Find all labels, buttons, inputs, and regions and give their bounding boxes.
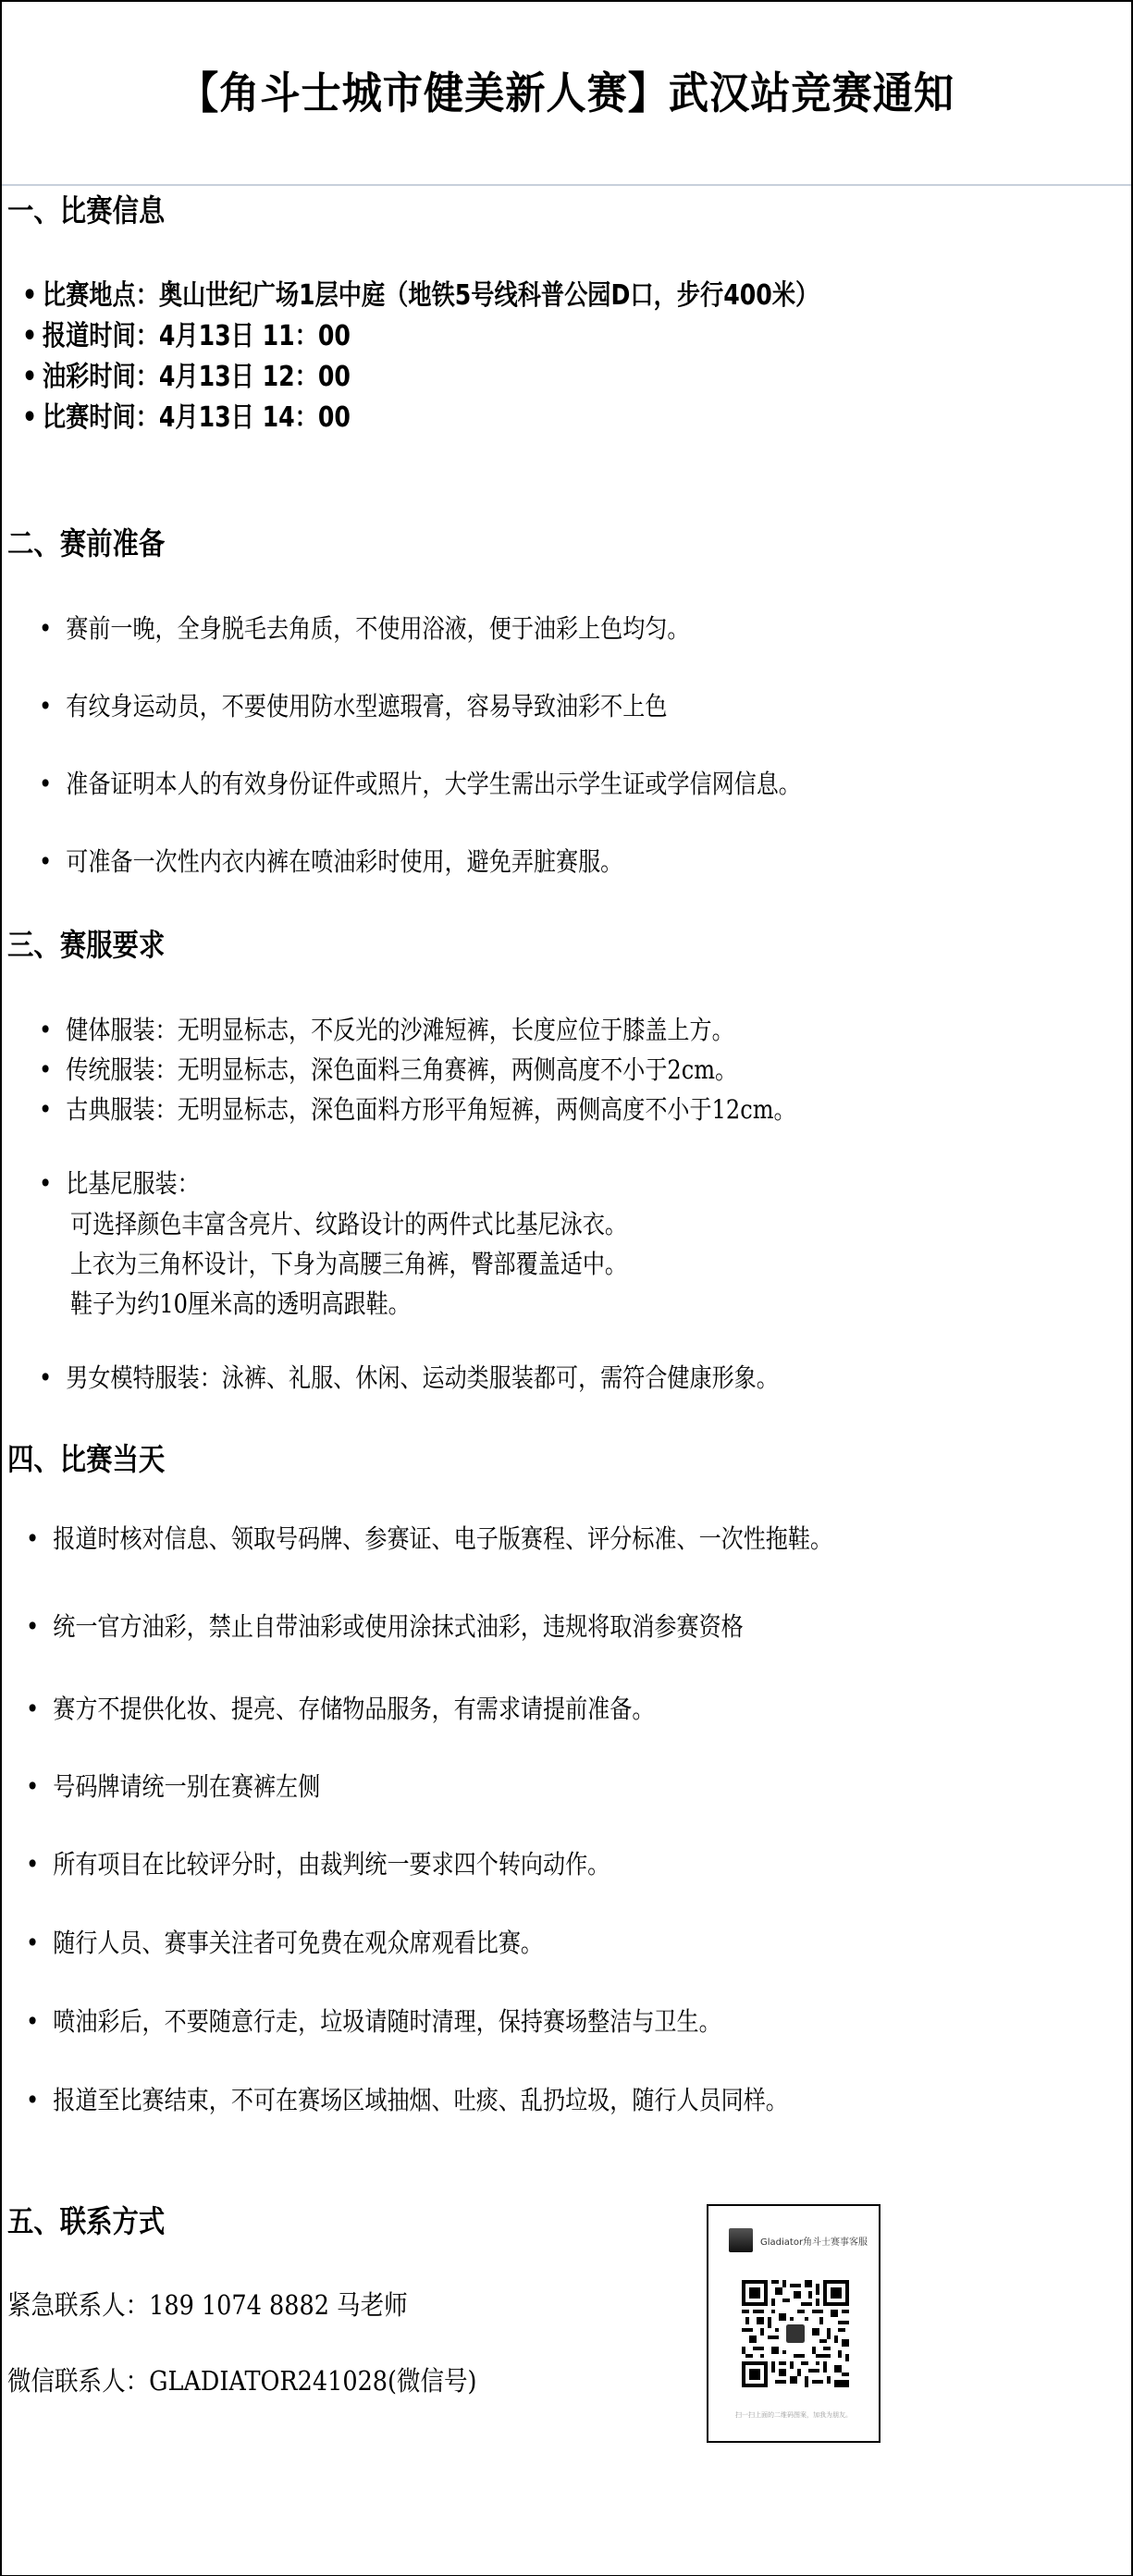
info-item-tanning-time: •油彩时间：4月13日 12：00 [22,361,351,394]
wechat-qr-card: Gladiator角斗士赛事客服 扫一扫上面的二维码图案，加我为朋友。 [707,2204,881,2443]
section-heading-prep: 二、赛前准备 [7,525,165,562]
bullet-icon: • [39,846,66,878]
bullet-icon: • [26,1611,53,1643]
bullet-icon: • [26,1771,53,1803]
bullet-icon: • [26,1694,53,1725]
info-item-checkin-time: •报道时间：4月13日 11：00 [22,320,351,353]
qr-code-icon [742,2280,849,2387]
day-item: •所有项目在比较评分时，由裁判统一要求四个转向动作。 [26,1849,610,1880]
bullet-icon: • [22,401,43,435]
bullet-icon: • [22,361,43,394]
day-item: •报道至比赛结束，不可在赛场区域抽烟、吐痰、乱扔垃圾，随行人员同样。 [26,2085,788,2116]
info-item-competition-time: •比赛时间：4月13日 14：00 [22,401,351,435]
bikini-line: 上衣为三角杯设计，下身为高腰三角裤，臀部覆盖适中。 [70,1249,627,1280]
section-heading-day: 四、比赛当天 [7,1441,165,1478]
bikini-line: 鞋子为约10厘米高的透明高跟鞋。 [70,1288,411,1320]
bullet-icon: • [39,1168,66,1200]
day-item: •喷油彩后，不要随意行走，垃圾请随时清理，保持赛场整洁与卫生。 [26,2006,721,2038]
bullet-icon: • [39,1054,66,1086]
day-item: •号码牌请统一别在赛裤左侧 [26,1771,320,1803]
bullet-icon: • [26,1849,53,1880]
bullet-icon: • [26,1523,53,1555]
bullet-icon: • [22,320,43,353]
emergency-contact: 紧急联系人：189 1074 8882 马老师 [7,2289,408,2321]
attire-item-classic: •古典服装：无明显标志，深色面料方形平角短裤，两侧高度不小于12cm。 [39,1094,796,1126]
qr-header: Gladiator角斗士赛事客服 [729,2228,868,2252]
bullet-icon: • [26,2085,53,2116]
attire-item-traditional: •传统服装：无明显标志，深色面料三角赛裤，两侧高度不小于2cm。 [39,1054,737,1086]
prep-item: •准备证明本人的有效身份证件或照片，大学生需出示学生证或学信网信息。 [39,769,801,800]
bullet-icon: • [39,613,66,645]
attire-item-model: •男女模特服装：泳裤、礼服、休闲、运动类服装都可，需符合健康形象。 [39,1362,779,1394]
bullet-icon: • [26,1928,53,1959]
page-title: 【角斗士城市健美新人赛】武汉站竞赛通知 [47,59,1086,121]
bullet-icon: • [39,691,66,722]
section-heading-info: 一、比赛信息 [7,192,165,229]
info-item-venue: •比赛地点：奥山世纪广场1层中庭（地铁5号线科普公园D口，步行400米） [22,279,819,313]
attire-item-physique: •健体服装：无明显标志，不反光的沙滩短裤，长度应位于膝盖上方。 [39,1015,734,1046]
prep-item: •赛前一晚，全身脱毛去角质，不使用浴液，便于油彩上色均匀。 [39,613,689,645]
attire-item-bikini: •比基尼服装： [39,1168,200,1200]
section-heading-attire: 三、赛服要求 [7,927,165,964]
title-divider [2,184,1131,186]
day-item: •报道时核对信息、领取号码牌、参赛证、电子版赛程、评分标准、一次性拖鞋。 [26,1523,832,1555]
qr-caption: 扫一扫上面的二维码图案，加我为朋友。 [708,2410,879,2420]
bullet-icon: • [39,769,66,800]
day-item: •统一官方油彩，禁止自带油彩或使用涂抹式油彩，违规将取消参赛资格 [26,1611,744,1643]
day-item: •赛方不提供化妆、提亮、存储物品服务，有需求请提前准备。 [26,1694,654,1725]
day-item: •随行人员、赛事关注者可免费在观众席观看比赛。 [26,1928,543,1959]
bullet-icon: • [39,1362,66,1394]
bullet-icon: • [26,2006,53,2038]
section-heading-contact: 五、联系方式 [7,2203,165,2240]
prep-item: •可准备一次性内衣内裤在喷油彩时使用，避免弄脏赛服。 [39,846,622,878]
bikini-line: 可选择颜色丰富含亮片、纹路设计的两件式比基尼泳衣。 [70,1209,627,1240]
wechat-contact: 微信联系人：GLADIATOR241028(微信号) [7,2365,477,2397]
qr-account-name: Gladiator角斗士赛事客服 [760,2234,868,2248]
prep-item: •有纹身运动员，不要使用防水型遮瑕膏，容易导致油彩不上色 [39,691,667,722]
bullet-icon: • [39,1094,66,1126]
notice-page: 【角斗士城市健美新人赛】武汉站竞赛通知 一、比赛信息 •比赛地点：奥山世纪广场1… [0,0,1133,2576]
bullet-icon: • [22,279,43,313]
bullet-icon: • [39,1015,66,1046]
gladiator-logo-icon [729,2228,753,2252]
